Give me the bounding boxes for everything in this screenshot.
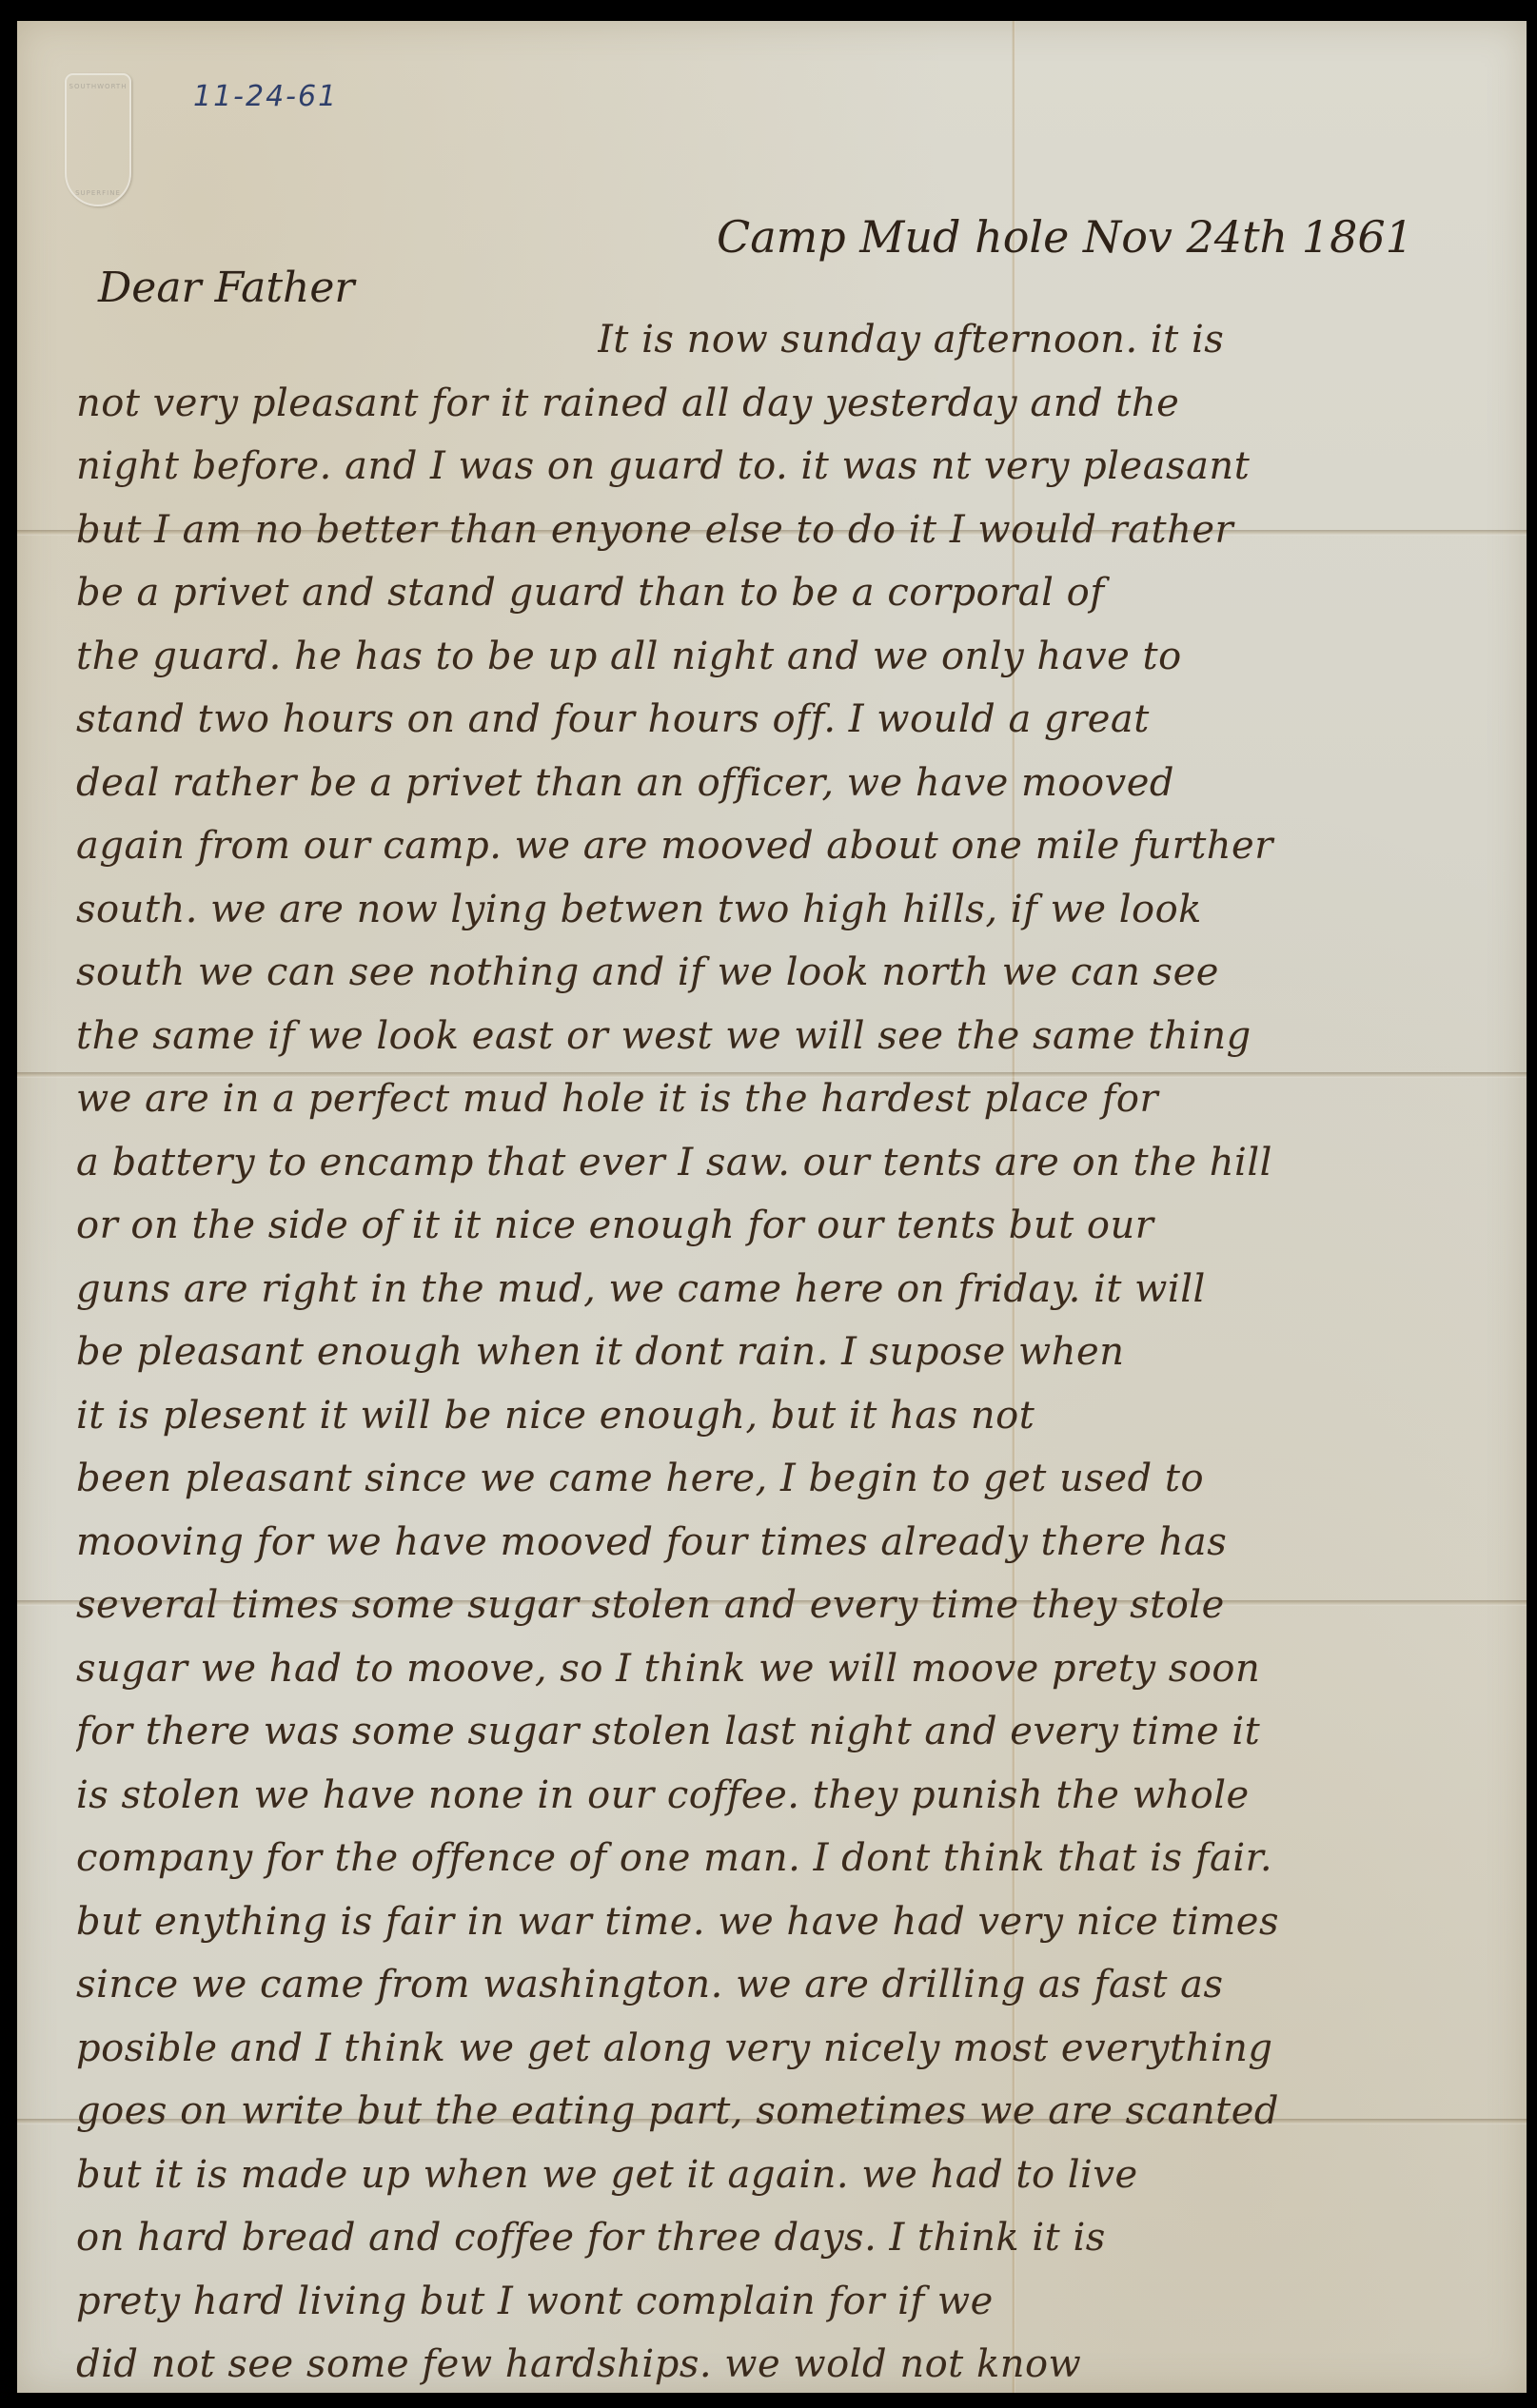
letter-line: is stolen we have none in our coffee. th… (76, 1773, 1494, 1817)
letter-line: prety hard living but I wont complain fo… (76, 2280, 1494, 2323)
letter-line: but I am no better than enyone else to d… (76, 508, 1494, 552)
letter-line: south. we are now lying betwen two high … (76, 888, 1494, 931)
letter-line: guns are right in the mud, we came here … (76, 1267, 1494, 1311)
letter-line: we are in a perfect mud hole it is the h… (76, 1077, 1494, 1121)
letter-page: SOUTHWORTH SUPERFINE 11-24-61 Camp Mud h… (17, 21, 1527, 2393)
letter-line: sugar we had to moove, so I think we wil… (76, 1647, 1494, 1691)
archive-date-note: 11-24-61 (193, 80, 338, 113)
letter-line: company for the offence of one man. I do… (76, 1836, 1494, 1880)
letter-line: been pleasant since we came here, I begi… (76, 1457, 1494, 1500)
letter-line: again from our camp. we are mooved about… (76, 824, 1494, 868)
letter-line: several times some sugar stolen and ever… (76, 1583, 1494, 1627)
letter-line: the guard. he has to be up all night and… (76, 635, 1494, 678)
letter-line: deal rather be a privet than an officer,… (76, 761, 1494, 805)
letter-line: but it is made up when we get it again. … (76, 2153, 1494, 2197)
letter-line: on hard bread and coffee for three days.… (76, 2216, 1494, 2260)
letter-line: for there was some sugar stolen last nig… (76, 1710, 1494, 1753)
letter-line: it is plesent it will be nice enough, bu… (76, 1394, 1494, 1438)
letter-line: the same if we look east or west we will… (76, 1014, 1494, 1058)
emboss-top-text: SOUTHWORTH (69, 83, 128, 90)
letter-line: south we can see nothing and if we look … (76, 950, 1494, 994)
letter-line: or on the side of it it nice enough for … (76, 1204, 1494, 1247)
letter-line: night before. and I was on guard to. it … (76, 444, 1494, 488)
letter-line: stand two hours on and four hours off. I… (76, 697, 1494, 741)
letter-line: a battery to encamp that ever I saw. our… (76, 1141, 1494, 1184)
letter-line: did not see some few hardships. we wold … (76, 2342, 1494, 2386)
embossed-stamp-icon: SOUTHWORTH SUPERFINE (65, 73, 131, 206)
letter-line: mooving for we have mooved four times al… (76, 1520, 1494, 1564)
letter-line: It is now sunday afternoon. it is (598, 318, 1502, 362)
letter-line: be a privet and stand guard than to be a… (76, 571, 1494, 615)
letter-dateline: Camp Mud hole Nov 24th 1861 (717, 211, 1413, 263)
letter-line: but enything is fair in war time. we hav… (76, 1900, 1494, 1944)
letter-line: not very pleasant for it rained all day … (76, 382, 1494, 425)
emboss-bottom-text: SUPERFINE (75, 189, 121, 197)
letter-line: goes on write but the eating part, somet… (76, 2089, 1494, 2133)
letter-line: since we came from washington. we are dr… (76, 1963, 1494, 2007)
letter-salutation: Dear Father (98, 264, 354, 312)
letter-line: posible and I think we get along very ni… (76, 2026, 1494, 2070)
letter-line: be pleasant enough when it dont rain. I … (76, 1330, 1494, 1374)
